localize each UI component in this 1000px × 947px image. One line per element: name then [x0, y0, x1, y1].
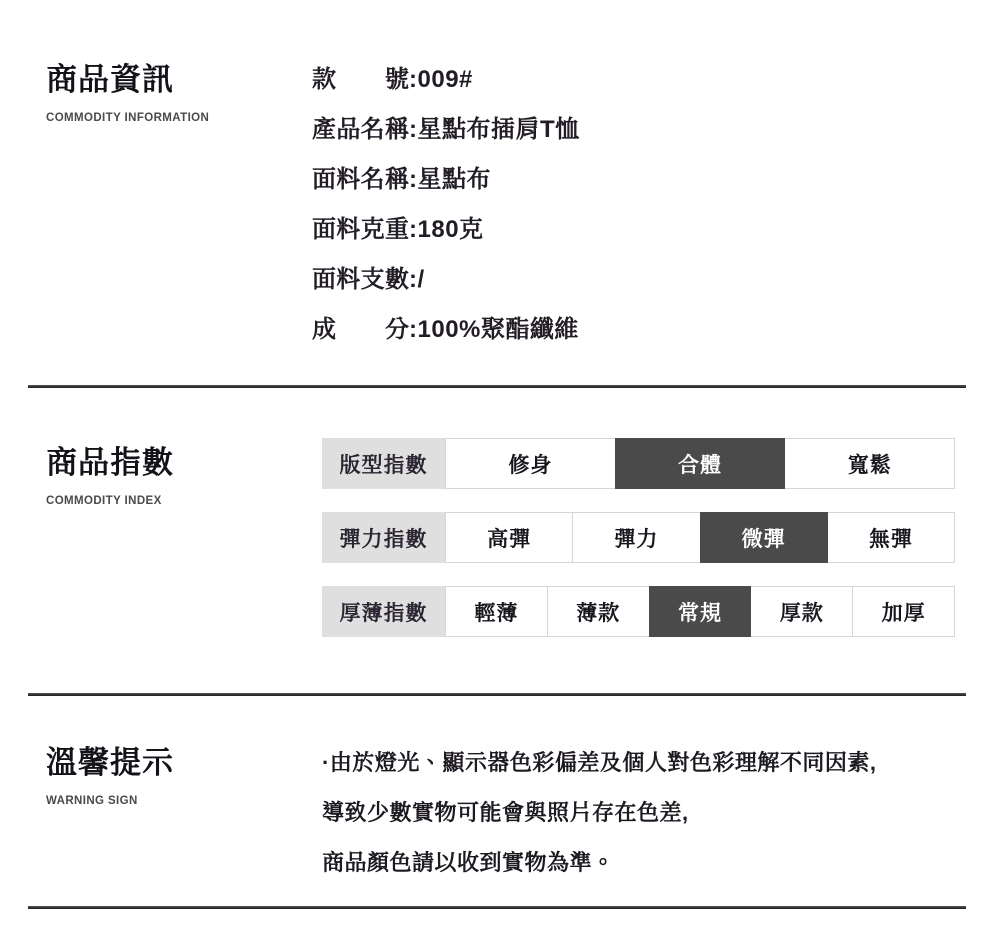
info-line: 成分:100%聚酯纖維 — [312, 305, 1000, 355]
section-warning-sign: 溫馨提示 WARNING SIGN ·由於燈光、顯示器色彩偏差及個人對色彩理解不… — [0, 738, 1000, 888]
info-label: 面料名稱 — [312, 155, 409, 205]
info-label: 面料克重 — [312, 205, 409, 255]
index-row-label: 厚薄指數 — [322, 586, 445, 637]
warning-lines: ·由於燈光、顯示器色彩偏差及個人對色彩理解不同因素, 導致少數實物可能會與照片存… — [322, 738, 1000, 888]
section-header: 商品資訊 COMMODITY INFORMATION — [0, 55, 312, 124]
info-line: 面料克重:180克 — [312, 205, 1000, 255]
index-option-selected: 常規 — [649, 586, 752, 637]
section-title: 商品指數 — [46, 446, 322, 480]
info-label: 款號 — [312, 55, 409, 105]
info-line: 款號:009# — [312, 55, 1000, 105]
warning-line: 導致少數實物可能會與照片存在色差, — [322, 788, 1000, 838]
divider — [28, 906, 966, 909]
info-label: 面料支數 — [312, 255, 409, 305]
index-option-selected: 合體 — [615, 438, 786, 489]
section-commodity-info: 商品資訊 COMMODITY INFORMATION 款號:009# 產品名稱:… — [0, 55, 1000, 355]
index-option: 寬鬆 — [784, 438, 955, 489]
info-value: :009# — [409, 66, 473, 93]
index-option: 高彈 — [445, 512, 573, 563]
index-row: 版型指數 修身 合體 寬鬆 — [322, 438, 955, 489]
warning-line: ·由於燈光、顯示器色彩偏差及個人對色彩理解不同因素, — [322, 738, 1000, 788]
index-options: 修身 合體 寬鬆 — [445, 438, 955, 489]
page: 商品資訊 COMMODITY INFORMATION 款號:009# 產品名稱:… — [0, 0, 1000, 947]
index-option: 加厚 — [852, 586, 955, 637]
section-title: 溫馨提示 — [46, 746, 322, 780]
info-value: :180克 — [409, 216, 484, 243]
divider — [28, 385, 966, 388]
warning-line: 商品顏色請以收到實物為準。 — [322, 838, 1000, 888]
index-option-selected: 微彈 — [700, 512, 828, 563]
section-subtitle: COMMODITY INDEX — [46, 495, 322, 507]
info-value: :/ — [409, 266, 425, 293]
section-header: 商品指數 COMMODITY INDEX — [0, 438, 322, 507]
divider — [28, 693, 966, 696]
info-value: :100%聚酯纖維 — [409, 316, 579, 343]
index-row-label: 版型指數 — [322, 438, 445, 489]
index-option: 無彈 — [827, 512, 955, 563]
index-row: 彈力指數 高彈 彈力 微彈 無彈 — [322, 512, 955, 563]
section-header: 溫馨提示 WARNING SIGN — [0, 738, 322, 807]
info-line: 產品名稱:星點布插肩T恤 — [312, 105, 1000, 155]
index-option: 薄款 — [547, 586, 650, 637]
info-label: 產品名稱 — [312, 105, 409, 155]
index-table: 版型指數 修身 合體 寬鬆 彈力指數 高彈 彈力 微彈 無彈 厚薄指數 — [322, 438, 1000, 660]
index-options: 高彈 彈力 微彈 無彈 — [445, 512, 955, 563]
index-option: 輕薄 — [445, 586, 548, 637]
index-row: 厚薄指數 輕薄 薄款 常規 厚款 加厚 — [322, 586, 955, 637]
info-label: 成分 — [312, 305, 409, 355]
info-line: 面料支數:/ — [312, 255, 1000, 305]
section-title: 商品資訊 — [46, 63, 312, 97]
info-value: :星點布插肩T恤 — [409, 116, 580, 143]
index-option: 厚款 — [750, 586, 853, 637]
info-value: :星點布 — [409, 166, 491, 193]
section-subtitle: COMMODITY INFORMATION — [46, 112, 312, 124]
info-line: 面料名稱:星點布 — [312, 155, 1000, 205]
info-lines: 款號:009# 產品名稱:星點布插肩T恤 面料名稱:星點布 面料克重:180克 … — [312, 55, 1000, 355]
section-commodity-index: 商品指數 COMMODITY INDEX 版型指數 修身 合體 寬鬆 彈力指數 … — [0, 438, 1000, 660]
section-subtitle: WARNING SIGN — [46, 795, 322, 807]
index-option: 修身 — [445, 438, 616, 489]
index-options: 輕薄 薄款 常規 厚款 加厚 — [445, 586, 955, 637]
index-row-label: 彈力指數 — [322, 512, 445, 563]
index-option: 彈力 — [572, 512, 700, 563]
